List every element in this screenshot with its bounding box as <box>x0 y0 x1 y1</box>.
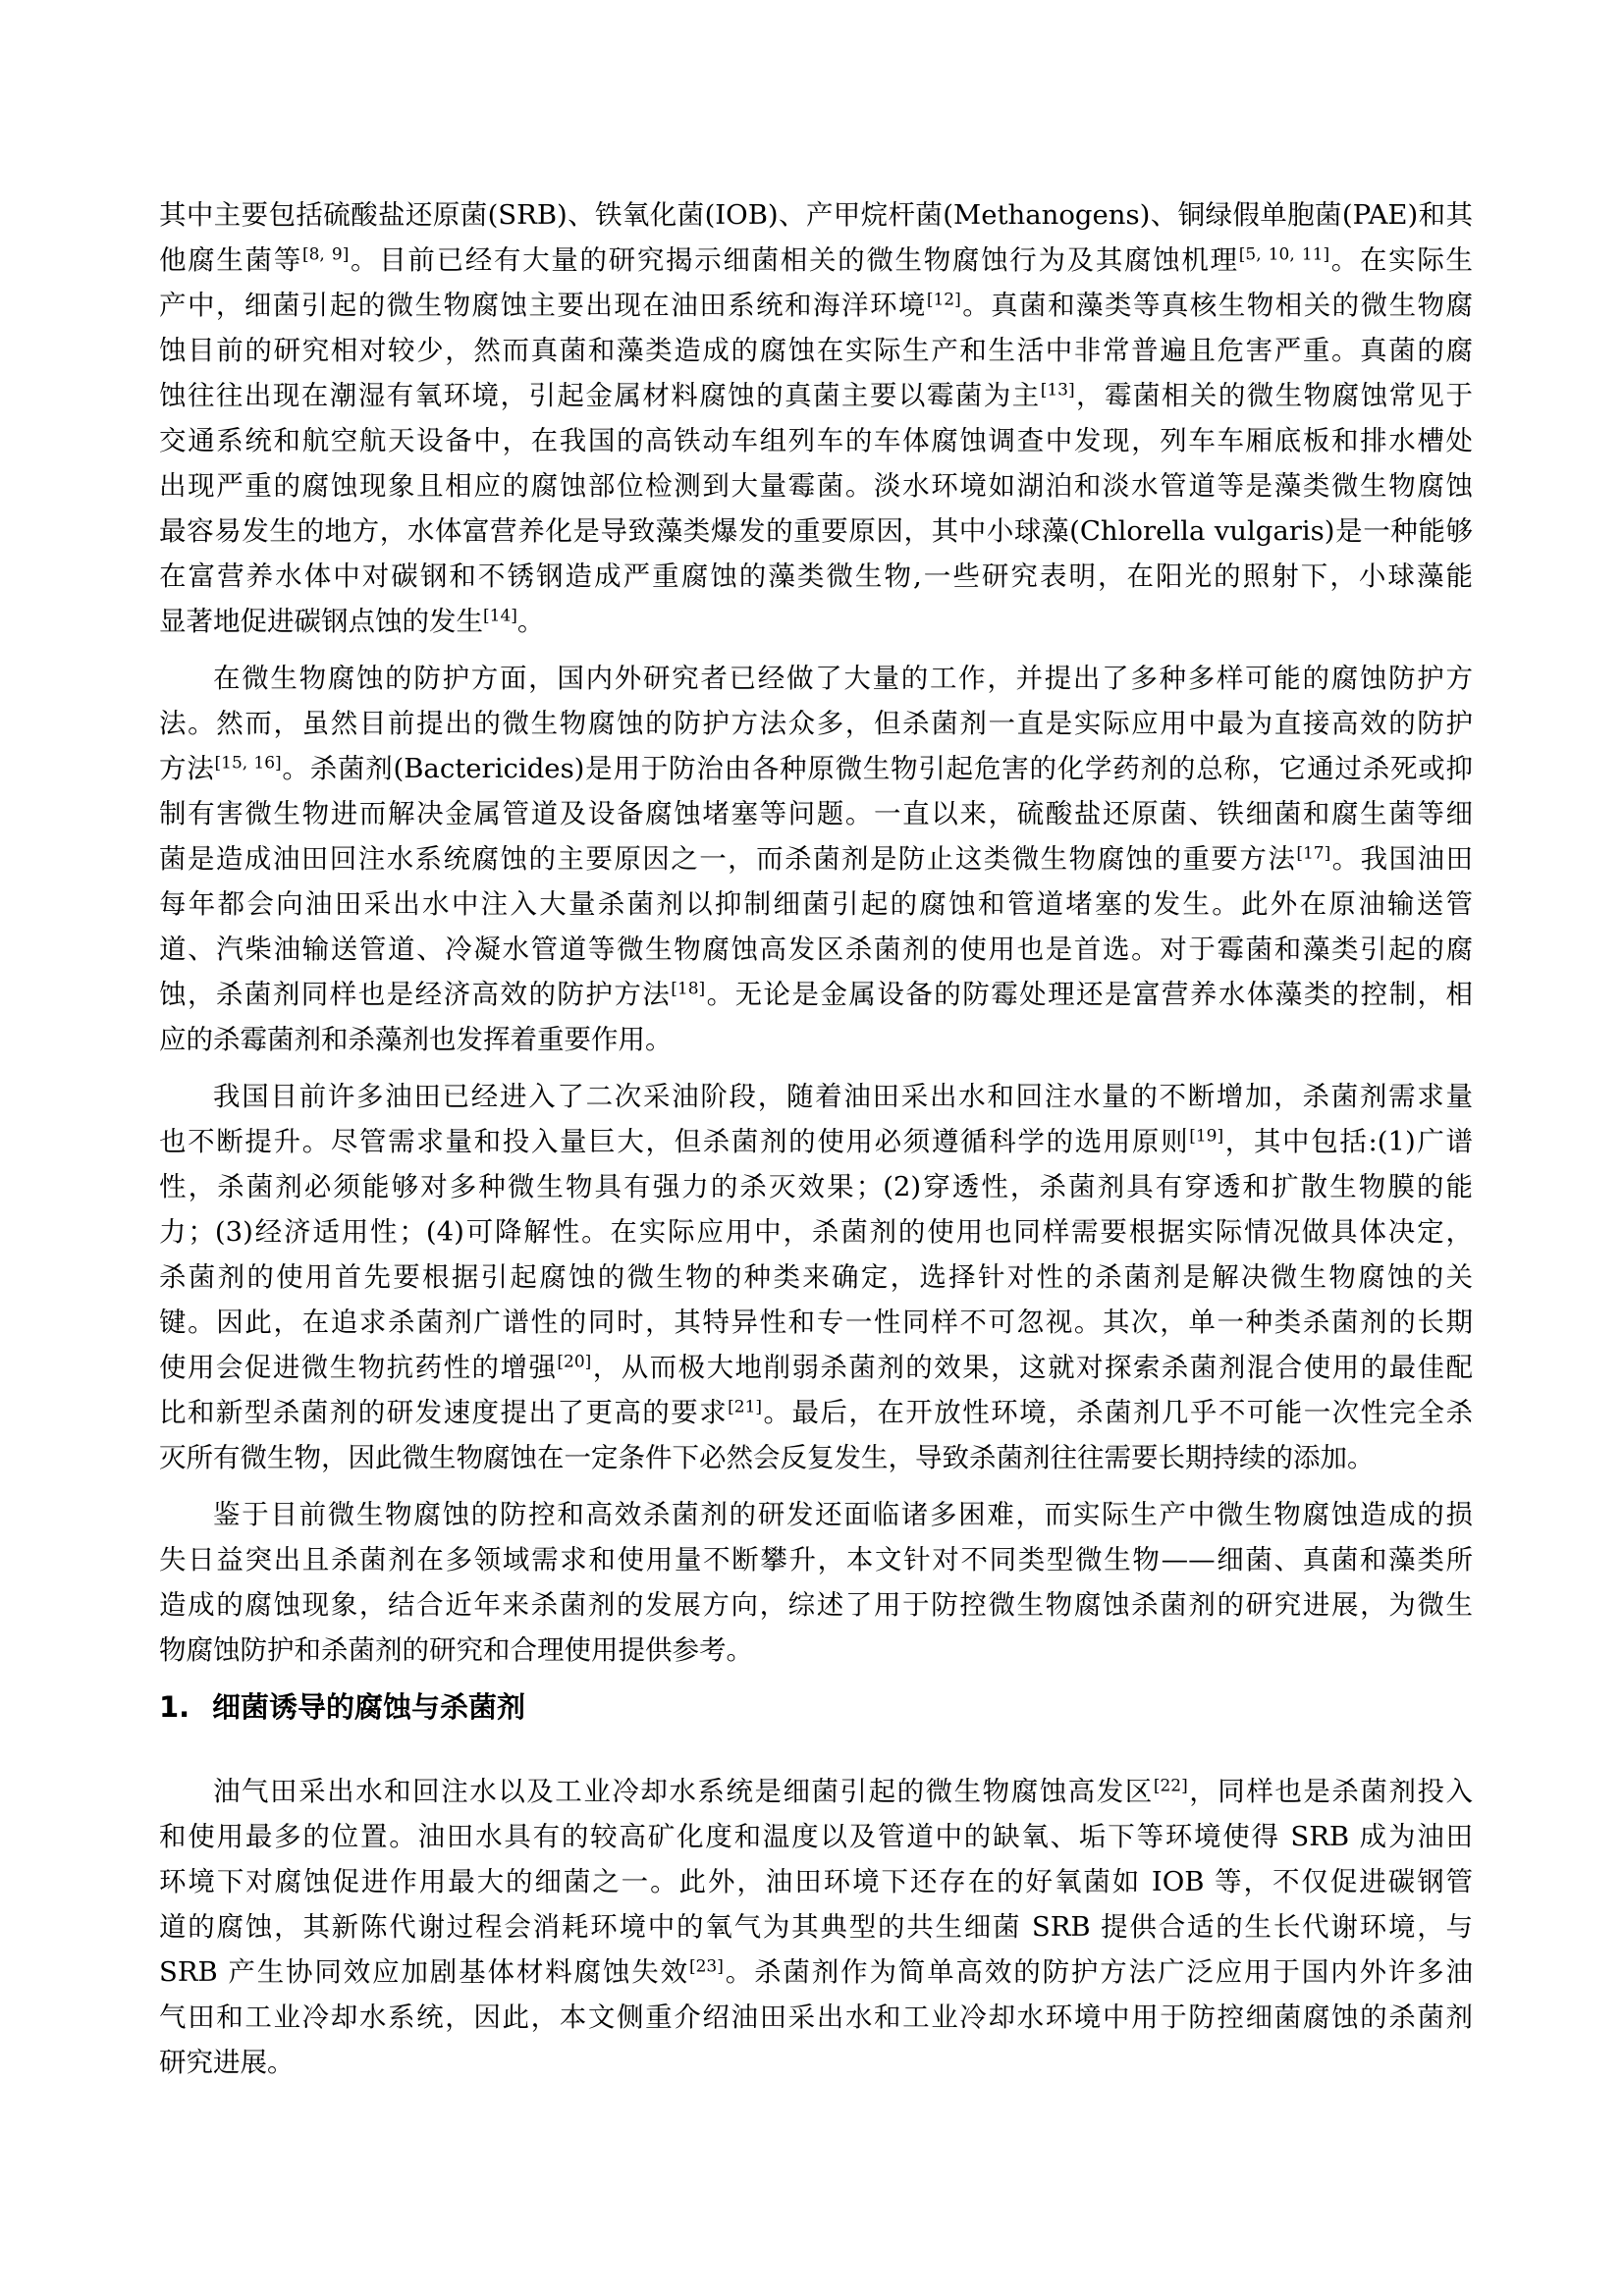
section-title: 细菌诱导的腐蚀与杀菌剂 <box>212 1690 525 1724</box>
section-paragraphs: 油气田采出水和回注水以及工业冷却水系统是细菌引起的微生物腐蚀高发区[22]，同样… <box>159 1769 1473 2085</box>
citation-ref: [13] <box>1041 381 1075 400</box>
text-line: 交通系统和航空航天设备中，在我国的高铁动车组列车的车体腐蚀调查中发现，列车车厢底… <box>159 418 1473 463</box>
text-line: 研究进展。 <box>159 2040 1473 2085</box>
citation-ref: [12] <box>927 291 961 310</box>
text-line: 灭所有微生物，因此微生物腐蚀在一定条件下必然会反复发生，导致杀菌剂往往需要长期持… <box>159 1435 1473 1480</box>
citation-ref: [23] <box>689 1957 724 1977</box>
text-line: 产中，细菌引起的微生物腐蚀主要出现在油田系统和海洋环境[12]。真菌和藻类等真核… <box>159 283 1473 328</box>
text-line: 道的腐蚀，其新陈代谢过程会消耗环境中的氧气为其典型的共生细菌 SRB 提供合适的… <box>159 1904 1473 1949</box>
text-line: 也不断提升。尽管需求量和投入量巨大，但杀菌剂的使用必须遵循科学的选用原则[19]… <box>159 1119 1473 1164</box>
paragraph: 我国目前许多油田已经进入了二次采油阶段，随着油田采出水和回注水量的不断增加，杀菌… <box>159 1074 1473 1480</box>
intro-paragraphs: 其中主要包括硫酸盐还原菌(SRB)、铁氧化菌(IOB)、产甲烷杆菌(Methan… <box>159 192 1473 1673</box>
text-line: 蚀往往出现在潮湿有氧环境，引起金属材料腐蚀的真菌主要以霉菌为主[13]，霉菌相关… <box>159 373 1473 418</box>
text-line: 和使用最多的位置。油田水具有的较高矿化度和温度以及管道中的缺氧、垢下等环境使得 … <box>159 1814 1473 1859</box>
citation-ref: [18] <box>671 980 705 999</box>
citation-ref: [15, 16] <box>215 754 282 774</box>
text-line: 环境下对腐蚀促进作用最大的细菌之一。此外，油田环境下还存在的好氧菌如 IOB 等… <box>159 1859 1473 1904</box>
text-line: 造成的腐蚀现象，结合近年来杀菌剂的发展方向，综述了用于防控微生物腐蚀杀菌剂的研究… <box>159 1582 1473 1628</box>
text-line: 气田和工业冷却水系统，因此，本文侧重介绍油田采出水和工业冷却水环境中用于防控细菌… <box>159 1995 1473 2040</box>
document-page: 其中主要包括硫酸盐还原菌(SRB)、铁氧化菌(IOB)、产甲烷杆菌(Methan… <box>159 192 1473 2097</box>
text-line: 显著地促进碳钢点蚀的发生[14]。 <box>159 599 1473 644</box>
text-line: 道、汽柴油输送管道、冷凝水管道等微生物腐蚀高发区杀菌剂的使用也是首选。对于霉菌和… <box>159 927 1473 972</box>
text-line: 蚀目前的研究相对较少，然而真菌和藻类造成的腐蚀在实际生产和生活中非常普遍且危害严… <box>159 328 1473 373</box>
text-line: 应的杀霉菌剂和杀藻剂也发挥着重要作用。 <box>159 1017 1473 1062</box>
citation-ref: [17] <box>1296 844 1330 864</box>
text-line: 油气田采出水和回注水以及工业冷却水系统是细菌引起的微生物腐蚀高发区[22]，同样… <box>159 1769 1473 1814</box>
section-heading: 1.细菌诱导的腐蚀与杀菌剂 <box>159 1684 1473 1730</box>
text-line: 物腐蚀防护和杀菌剂的研究和合理使用提供参考。 <box>159 1628 1473 1673</box>
paragraph: 在微生物腐蚀的防护方面，国内外研究者已经做了大量的工作，并提出了多种多样可能的腐… <box>159 656 1473 1062</box>
citation-ref: [14] <box>483 607 517 626</box>
section-number: 1. <box>159 1684 212 1730</box>
paragraph: 油气田采出水和回注水以及工业冷却水系统是细菌引起的微生物腐蚀高发区[22]，同样… <box>159 1769 1473 2085</box>
text-line: 菌是造成油田回注水系统腐蚀的主要原因之一，而杀菌剂是防止这类微生物腐蚀的重要方法… <box>159 836 1473 881</box>
text-line: 我国目前许多油田已经进入了二次采油阶段，随着油田采出水和回注水量的不断增加，杀菌… <box>159 1074 1473 1119</box>
text-line: 在富营养水体中对碳钢和不锈钢造成严重腐蚀的藻类微生物,一些研究表明，在阳光的照射… <box>159 554 1473 599</box>
text-line: 法。然而，虽然目前提出的微生物腐蚀的防护方法众多，但杀菌剂一直是实际应用中最为直… <box>159 701 1473 746</box>
paragraph: 其中主要包括硫酸盐还原菌(SRB)、铁氧化菌(IOB)、产甲烷杆菌(Methan… <box>159 192 1473 644</box>
citation-ref: [20] <box>557 1353 591 1372</box>
citation-ref: [8, 9] <box>302 245 349 265</box>
text-line: 出现严重的腐蚀现象且相应的腐蚀部位检测到大量霉菌。淡水环境如湖泊和淡水管道等是藻… <box>159 463 1473 508</box>
citation-ref: [22] <box>1154 1777 1188 1796</box>
citation-ref: [21] <box>728 1398 762 1417</box>
text-line: 其中主要包括硫酸盐还原菌(SRB)、铁氧化菌(IOB)、产甲烷杆菌(Methan… <box>159 192 1473 238</box>
paragraph: 鉴于目前微生物腐蚀的防控和高效杀菌剂的研发还面临诸多困难，而实际生产中微生物腐蚀… <box>159 1492 1473 1673</box>
text-line: SRB 产生协同效应加剧基体材料腐蚀失效[23]。杀菌剂作为简单高效的防护方法广… <box>159 1949 1473 1995</box>
text-line: 键。因此，在追求杀菌剂广谱性的同时，其特异性和专一性同样不可忽视。其次，单一种类… <box>159 1300 1473 1345</box>
text-line: 他腐生菌等[8, 9]。目前已经有大量的研究揭示细菌相关的微生物腐蚀行为及其腐蚀… <box>159 238 1473 283</box>
text-line: 制有害微生物进而解决金属管道及设备腐蚀堵塞等问题。一直以来，硫酸盐还原菌、铁细菌… <box>159 791 1473 836</box>
text-line: 杀菌剂的使用首先要根据引起腐蚀的微生物的种类来确定，选择针对性的杀菌剂是解决微生… <box>159 1255 1473 1300</box>
text-line: 使用会促进微生物抗药性的增强[20]，从而极大地削弱杀菌剂的效果，这就对探索杀菌… <box>159 1345 1473 1390</box>
text-line: 方法[15, 16]。杀菌剂(Bactericides)是用于防治由各种原微生物… <box>159 746 1473 791</box>
text-line: 最容易发生的地方，水体富营养化是导致藻类爆发的重要原因，其中小球藻(Chlore… <box>159 508 1473 554</box>
text-line: 每年都会向油田采出水中注入大量杀菌剂以抑制细菌引起的腐蚀和管道堵塞的发生。此外在… <box>159 881 1473 927</box>
text-line: 失日益突出且杀菌剂在多领域需求和使用量不断攀升，本文针对不同类型微生物——细菌、… <box>159 1537 1473 1582</box>
text-line: 鉴于目前微生物腐蚀的防控和高效杀菌剂的研发还面临诸多困难，而实际生产中微生物腐蚀… <box>159 1492 1473 1537</box>
citation-ref: [19] <box>1189 1127 1223 1147</box>
text-line: 在微生物腐蚀的防护方面，国内外研究者已经做了大量的工作，并提出了多种多样可能的腐… <box>159 656 1473 701</box>
text-line: 性，杀菌剂必须能够对多种微生物具有强力的杀灭效果；(2)穿透性，杀菌剂具有穿透和… <box>159 1164 1473 1209</box>
citation-ref: [5, 10, 11] <box>1239 245 1329 265</box>
text-line: 蚀，杀菌剂同样也是经济高效的防护方法[18]。无论是金属设备的防霉处理还是富营养… <box>159 972 1473 1017</box>
text-line: 力；(3)经济适用性；(4)可降解性。在实际应用中，杀菌剂的使用也同样需要根据实… <box>159 1209 1473 1255</box>
text-line: 比和新型杀菌剂的研发速度提出了更高的要求[21]。最后，在开放性环境，杀菌剂几乎… <box>159 1390 1473 1435</box>
